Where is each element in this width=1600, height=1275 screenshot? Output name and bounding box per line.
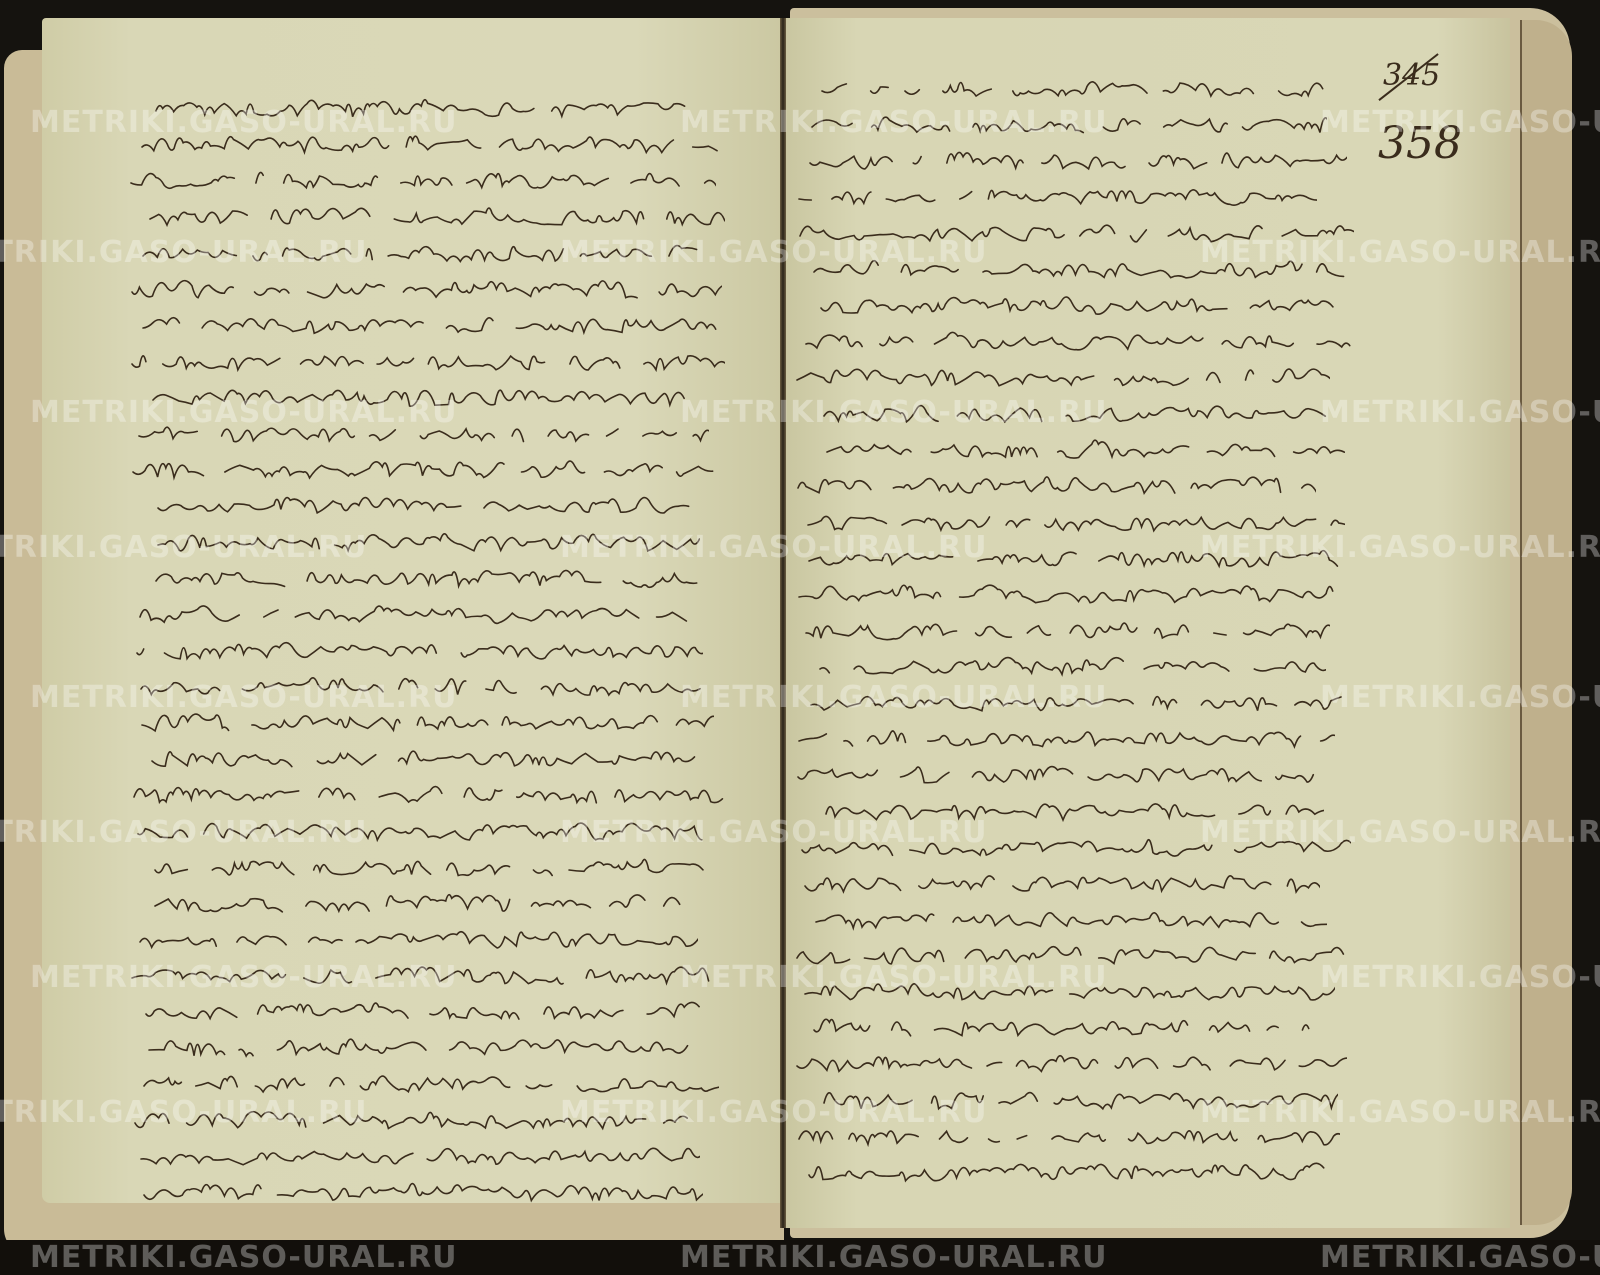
- handwritten-line: [138, 599, 695, 631]
- manuscript-scan: 345 358 METRIKI.GASO-URAL.RUMETRIKI.GASO…: [0, 0, 1600, 1275]
- left-page: [42, 18, 782, 1203]
- handwritten-line: [141, 238, 719, 270]
- handwritten-line: [804, 615, 1330, 647]
- handwritten-line: [150, 743, 696, 775]
- handwritten-line: [136, 816, 705, 848]
- handwritten-line: [153, 888, 687, 920]
- handwritten-line: [140, 129, 720, 161]
- handwritten-line: [138, 924, 698, 956]
- handwritten-line: [156, 490, 711, 522]
- handwritten-line: [812, 254, 1348, 286]
- handwritten-line: [139, 1141, 700, 1173]
- handwritten-line: [806, 507, 1344, 539]
- handwritten-line: [798, 218, 1353, 250]
- handwritten-line: [135, 635, 703, 667]
- handwritten-line: [807, 1157, 1339, 1189]
- handwritten-line: [809, 687, 1345, 719]
- handwritten-line: [154, 93, 691, 125]
- handwritten-line: [797, 723, 1335, 755]
- book-gutter: [780, 18, 786, 1228]
- handwritten-line: [807, 543, 1339, 575]
- old-page-number: 345: [1383, 58, 1440, 93]
- handwritten-line: [825, 434, 1346, 466]
- handwritten-line: [797, 181, 1317, 213]
- right-page: [785, 18, 1510, 1228]
- handwritten-line: [130, 960, 712, 992]
- handwritten-line: [129, 165, 716, 197]
- handwritten-line: [130, 274, 722, 306]
- handwritten-line: [147, 1032, 691, 1064]
- handwritten-line: [153, 852, 706, 884]
- handwritten-line: [133, 1105, 687, 1137]
- handwritten-line: [795, 1048, 1347, 1080]
- handwritten-line: [142, 1177, 703, 1209]
- handwritten-line: [154, 563, 698, 595]
- handwritten-line: [822, 398, 1328, 430]
- handwritten-line: [822, 1085, 1338, 1117]
- book-edge-right: [1520, 20, 1572, 1225]
- handwritten-line: [796, 759, 1317, 791]
- handwritten-line: [818, 651, 1326, 683]
- handwritten-line: [804, 326, 1353, 358]
- handwritten-line: [142, 1068, 719, 1100]
- handwritten-line: [132, 779, 725, 811]
- handwritten-line: [819, 290, 1339, 322]
- handwritten-line: [796, 470, 1315, 502]
- handwritten-line: [795, 362, 1330, 394]
- handwritten-line: [800, 832, 1351, 864]
- handwritten-line: [803, 976, 1336, 1008]
- handwritten-line: [148, 201, 725, 233]
- page-number: 358: [1378, 118, 1462, 169]
- handwritten-line: [139, 671, 702, 703]
- handwritten-line: [803, 868, 1320, 900]
- handwritten-line: [810, 109, 1327, 141]
- handwritten-line: [812, 1012, 1329, 1044]
- handwritten-line: [820, 73, 1324, 105]
- handwritten-line: [151, 382, 688, 414]
- handwritten-line: [797, 1121, 1340, 1153]
- handwritten-line: [130, 346, 725, 378]
- handwritten-line: [156, 527, 699, 559]
- handwritten-line: [808, 145, 1347, 177]
- handwritten-line: [144, 996, 726, 1028]
- handwritten-line: [137, 418, 708, 450]
- handwritten-line: [797, 579, 1349, 611]
- scan-background: [0, 1240, 1600, 1275]
- handwritten-line: [814, 904, 1327, 936]
- handwritten-line: [795, 940, 1348, 972]
- handwritten-line: [824, 796, 1324, 828]
- handwritten-line: [140, 707, 714, 739]
- handwritten-line: [141, 310, 717, 342]
- handwritten-line: [131, 454, 717, 486]
